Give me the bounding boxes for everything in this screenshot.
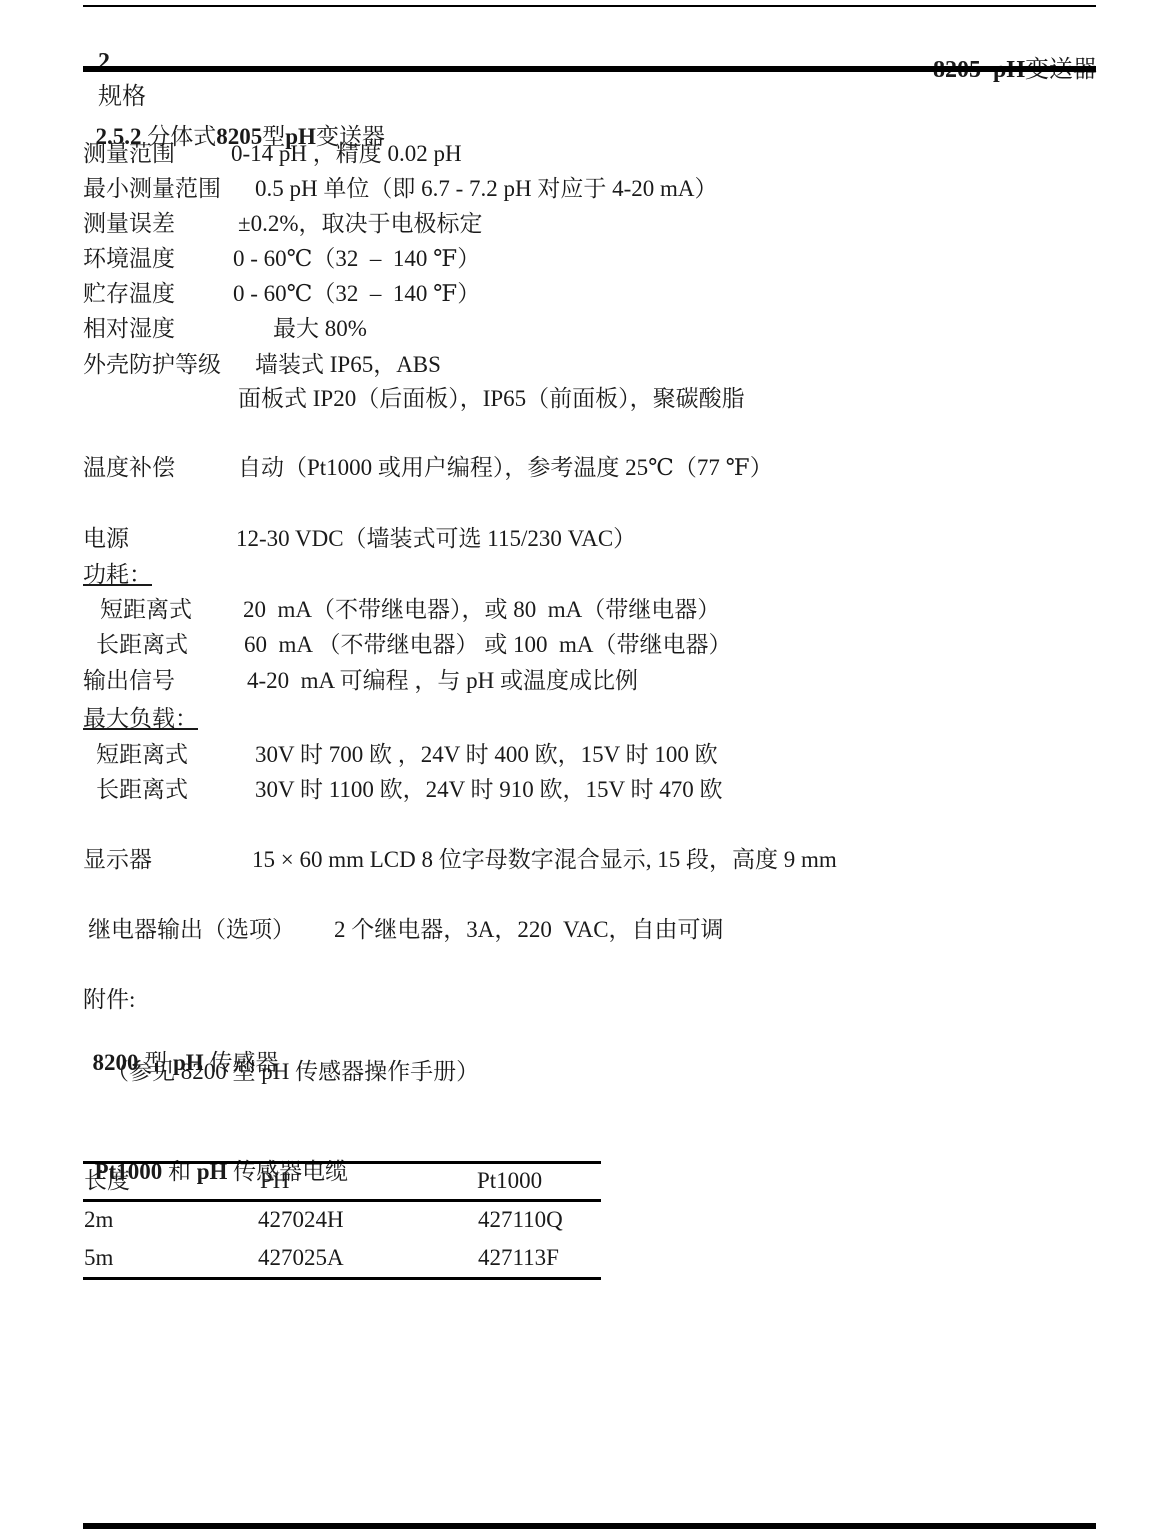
relay-label: 继电器输出（选项） [88, 916, 295, 944]
spec-label-power: 电源 [83, 525, 129, 553]
power-long-label: 长距离式 [96, 631, 188, 659]
output-signal-value: 4-20 mA 可编程 ，与 pH 或温度成比例 [247, 667, 638, 695]
spec-label-storage-temp: 贮存温度 [83, 280, 175, 308]
table-header-ph: PH [260, 1167, 289, 1195]
table-cell: 427025A [258, 1244, 344, 1272]
table-cell: 427110Q [478, 1206, 563, 1234]
table-cell: 427113F [478, 1244, 559, 1272]
header-bottom-rule [83, 66, 1096, 72]
relay-value: 2 个继电器，3A，220 VAC，自由可调 [334, 916, 724, 944]
max-load-long-label: 长距离式 [96, 776, 188, 804]
spec-value-temp-comp: 自动（Pt1000 或用户编程），参考温度 25℃（77 ℉） [238, 454, 773, 482]
spec-value-min-range: 0.5 pH 单位（即 6.7 - 7.2 pH 对应于 4-20 mA） [255, 175, 718, 203]
spec-value-measure-range: 0-14 pH ，精度 0.02 pH [231, 140, 462, 168]
table-cell: 5m [84, 1244, 113, 1272]
display-label: 显示器 [83, 846, 152, 874]
accessories-heading: 附件: [83, 986, 135, 1014]
power-short-label: 短距离式 [100, 596, 192, 624]
spec-value-error: ±0.2%，取决于电极标定 [238, 210, 483, 238]
header-product-title: 8205 pH变送器 [921, 22, 1097, 84]
accessory-sensor-note: （参见 8200 型 pH 传感器操作手册） [106, 1058, 479, 1086]
max-load-heading: 最大负载： [83, 705, 198, 733]
footer-rule [83, 1523, 1096, 1529]
spec-value-humidity: 最大 80% [273, 315, 367, 343]
spec-label-temp-comp: 温度补偿 [83, 454, 175, 482]
display-value: 15 × 60 mm LCD 8 位字母数字混合显示, 15 段，高度 9 mm [252, 846, 837, 874]
table-header-pt1000: Pt1000 [477, 1167, 542, 1195]
spec-label-humidity: 相对湿度 [83, 315, 175, 343]
spec-label-error: 测量误差 [83, 210, 175, 238]
table-bottom-rule [83, 1277, 601, 1280]
spec-value-power: 12-30 VDC（墙装式可选 115/230 VAC） [236, 525, 636, 553]
max-load-long-value: 30V 时 1100 欧，24V 时 910 欧，15V 时 470 欧 [255, 776, 722, 804]
table-header-length: 长度 [84, 1167, 130, 1195]
max-load-short-value: 30V 时 700 欧 ，24V 时 400 欧，15V 时 100 欧 [255, 741, 718, 769]
spec-value-enclosure-panel: 面板式 IP20（后面板），IP65（前面板），聚碳酸脂 [238, 385, 745, 413]
output-signal-label: 输出信号 [83, 667, 175, 695]
spec-value-ambient-temp: 0 - 60℃（32 – 140 ℉） [233, 245, 480, 273]
power-short-value: 20 mA（不带继电器），或 80 mA（带继电器） [243, 596, 720, 624]
header-top-rule [83, 5, 1096, 7]
power-consumption-heading: 功耗： [83, 561, 152, 589]
spec-label-measure-range: 测量范围 [83, 140, 175, 168]
spec-label-ambient-temp: 环境温度 [83, 245, 175, 273]
spec-label-enclosure: 外壳防护等级 [83, 351, 221, 379]
table-top-rule [83, 1161, 601, 1164]
table-cell: 2m [84, 1206, 113, 1234]
power-long-value: 60 mA （不带继电器） 或 100 mA（带继电器） [244, 631, 731, 659]
spec-value-enclosure-wall: 墙装式 IP65，ABS [255, 351, 441, 379]
spec-value-storage-temp: 0 - 60℃（32 – 140 ℉） [233, 280, 480, 308]
spec-label-min-range: 最小测量范围 [83, 175, 221, 203]
table-header-rule [83, 1199, 601, 1202]
table-cell: 427024H [258, 1206, 344, 1234]
max-load-short-label: 短距离式 [96, 741, 188, 769]
